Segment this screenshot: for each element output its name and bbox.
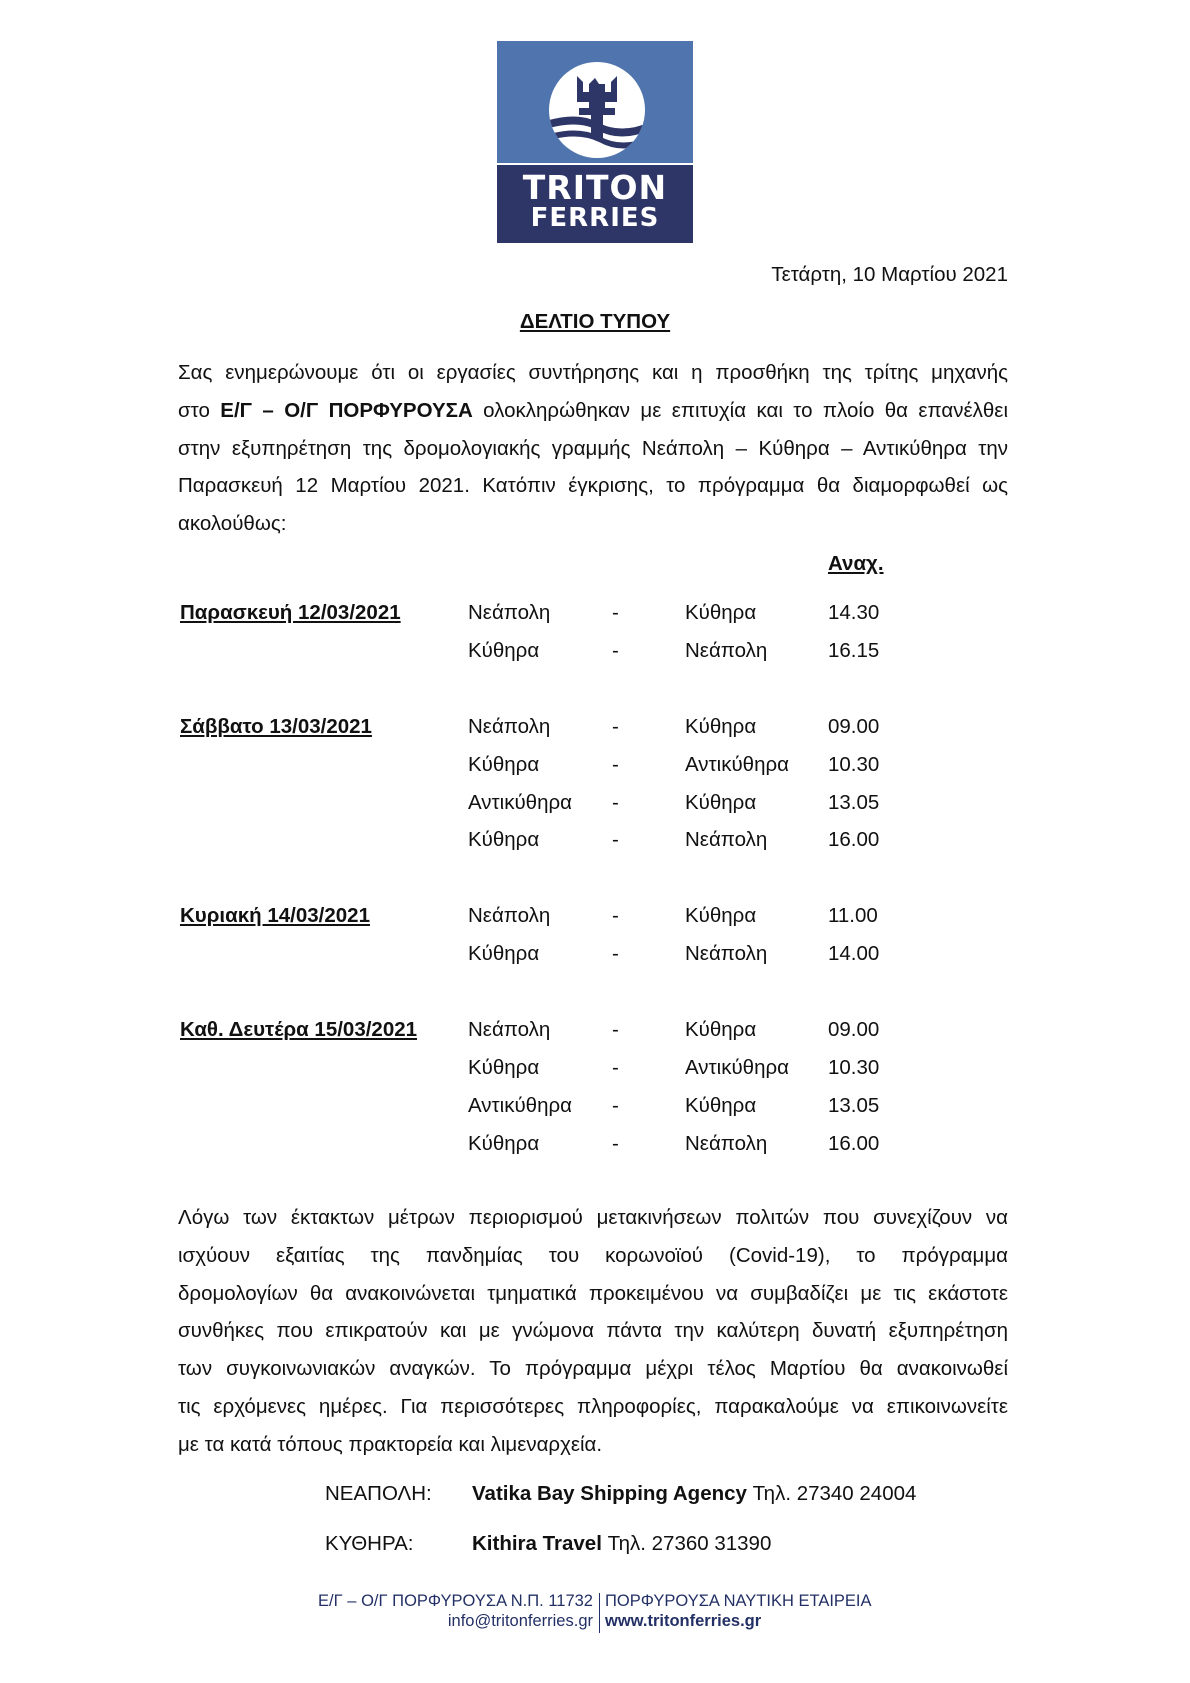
trip-departure-time: 16.00 [828,1131,879,1157]
schedule-row: Καθ. Δευτέρα 15/03/2021Νεάπολη-Κύθηρα09.… [0,1017,1190,1043]
trip-origin: Κύθηρα [468,1131,539,1157]
text-segment: Παρασκευή 12 Μαρτίου 2021. Κατόπιν έγκρι… [178,474,1008,497]
trident-waves-icon [549,62,645,158]
schedule-row: Κύθηρα-Νεάπολη16.00 [0,1131,1190,1157]
intro-line: ακολούθως: [178,505,1008,543]
intro-line: στο Ε/Γ – Ο/Γ ΠΟΡΦΥΡΟΥΣΑ ολοκληρώθηκαν μ… [178,392,1008,430]
notice-line: με τα κατά τόπους πρακτορεία και λιμεναρ… [178,1426,1008,1464]
schedule-row: Αντικύθηρα-Κύθηρα13.05 [0,1093,1190,1119]
trip-separator: - [612,600,619,626]
logo-wordmark-line2: FERRIES [497,203,693,233]
logo-emblem-panel [497,41,693,163]
notice-line: δρομολογίων θα ανακοινώνεται τμηματικά π… [178,1275,1008,1313]
departure-column-header: Αναχ. [828,551,884,577]
schedule-day: Σάββατο 13/03/2021 [180,714,372,740]
footer-website-link[interactable]: www.tritonferries.gr [605,1611,761,1631]
trip-departure-time: 14.30 [828,600,879,626]
document-title-text: ΔΕΛΤΙΟ ΤΥΠΟΥ [520,310,670,333]
trip-origin: Νεάπολη [468,1017,550,1043]
trip-destination: Νεάπολη [685,1131,767,1157]
trip-destination: Κύθηρα [685,1017,756,1043]
trip-departure-time: 10.30 [828,1055,879,1081]
schedule-row: Κυριακή 14/03/2021Νεάπολη-Κύθηρα11.00 [0,903,1190,929]
trip-separator: - [612,1131,619,1157]
footer-company: ΠΟΡΦΥΡΟΥΣΑ ΝΑΥΤΙΚΗ ΕΤΑΙΡΕΙΑ [605,1591,872,1611]
contact-row: ΚΥΘΗΡΑ:Kithira Travel Τηλ. 27360 31390 [0,1531,1190,1557]
trip-origin: Αντικύθηρα [468,1093,572,1119]
intro-line: στην εξυπηρέτηση της δρομολογιακής γραμμ… [178,430,1008,468]
trip-departure-time: 16.15 [828,638,879,664]
trip-departure-time: 13.05 [828,790,879,816]
intro-paragraph: Σας ενημερώνουμε ότι οι εργασίες συντήρη… [178,354,1008,543]
schedule-day: Παρασκευή 12/03/2021 [180,600,401,626]
trip-departure-time: 09.00 [828,1017,879,1043]
trip-separator: - [612,941,619,967]
document-date: Τετάρτη, 10 Μαρτίου 2021 [771,262,1008,288]
trip-origin: Νεάπολη [468,714,550,740]
footer-vessel: Ε/Γ – Ο/Γ ΠΟΡΦΥΡΟΥΣΑ Ν.Π. 11732 [318,1591,593,1611]
schedule-row: Κύθηρα-Αντικύθηρα10.30 [0,752,1190,778]
triton-ferries-logo: TRITON FERRIES [497,41,693,243]
trip-origin: Κύθηρα [468,827,539,853]
notice-line: τις ερχόμενες ημέρες. Για περισσότερες π… [178,1388,1008,1426]
text-segment: ακολούθως: [178,512,286,535]
schedule-row: Κύθηρα-Αντικύθηρα10.30 [0,1055,1190,1081]
trip-origin: Κύθηρα [468,1055,539,1081]
footer-divider [599,1593,600,1633]
contact-phone: Τηλ. 27360 31390 [608,1532,772,1555]
trip-separator: - [612,827,619,853]
text-segment: ολοκληρώθηκαν με επιτυχία και το πλοίο θ… [473,399,1008,422]
trip-departure-time: 09.00 [828,714,879,740]
text-segment: στην εξυπηρέτηση της δρομολογιακής γραμμ… [178,437,1008,460]
trip-origin: Αντικύθηρα [468,790,572,816]
contact-phone: Τηλ. 27340 24004 [753,1482,917,1505]
trip-separator: - [612,790,619,816]
contact-row: ΝΕΑΠΟΛΗ:Vatika Bay Shipping Agency Τηλ. … [0,1481,1190,1507]
schedule-day: Καθ. Δευτέρα 15/03/2021 [180,1017,417,1043]
trip-departure-time: 16.00 [828,827,879,853]
trip-departure-time: 10.30 [828,752,879,778]
notice-paragraph: Λόγω των έκτακτων μέτρων περιορισμού μετ… [178,1199,1008,1464]
schedule-row: Κύθηρα-Νεάπολη14.00 [0,941,1190,967]
trip-departure-time: 11.00 [828,903,878,929]
trip-destination: Νεάπολη [685,941,767,967]
notice-line: συνθήκες που επικρατούν και με γνώμονα π… [178,1312,1008,1350]
contact-info: Vatika Bay Shipping Agency Τηλ. 27340 24… [472,1481,916,1507]
trip-separator: - [612,638,619,664]
contact-agency: Kithira Travel [472,1532,602,1555]
logo-wordmark-line1: TRITON [497,169,693,207]
trip-departure-time: 13.05 [828,1093,879,1119]
text-segment: στο [178,399,220,422]
trip-origin: Κύθηρα [468,638,539,664]
intro-line: Σας ενημερώνουμε ότι οι εργασίες συντήρη… [178,354,1008,392]
contact-agency: Vatika Bay Shipping Agency [472,1482,747,1505]
vessel-name: Ε/Γ – Ο/Γ ΠΟΡΦΥΡΟΥΣΑ [220,399,472,422]
trip-destination: Κύθηρα [685,1093,756,1119]
trip-destination: Κύθηρα [685,790,756,816]
notice-line: ισχύουν εξαιτίας της πανδημίας του κορων… [178,1237,1008,1275]
trip-destination: Νεάπολη [685,827,767,853]
contact-place: ΝΕΑΠΟΛΗ: [325,1481,432,1507]
footer-email-link[interactable]: info@tritonferries.gr [448,1611,593,1631]
contact-place: ΚΥΘΗΡΑ: [325,1531,413,1557]
trip-destination: Αντικύθηρα [685,752,789,778]
trip-destination: Κύθηρα [685,903,756,929]
trip-origin: Νεάπολη [468,903,550,929]
schedule-row: Σάββατο 13/03/2021Νεάπολη-Κύθηρα09.00 [0,714,1190,740]
trip-separator: - [612,714,619,740]
schedule-row: Παρασκευή 12/03/2021Νεάπολη-Κύθηρα14.30 [0,600,1190,626]
schedule-row: Κύθηρα-Νεάπολη16.15 [0,638,1190,664]
notice-line: Λόγω των έκτακτων μέτρων περιορισμού μετ… [178,1199,1008,1237]
intro-line: Παρασκευή 12 Μαρτίου 2021. Κατόπιν έγκρι… [178,467,1008,505]
trip-separator: - [612,1093,619,1119]
schedule-row: Αντικύθηρα-Κύθηρα13.05 [0,790,1190,816]
trip-separator: - [612,903,619,929]
trip-destination: Νεάπολη [685,638,767,664]
schedule-day: Κυριακή 14/03/2021 [180,903,370,929]
trip-origin: Κύθηρα [468,752,539,778]
trip-destination: Αντικύθηρα [685,1055,789,1081]
contact-info: Kithira Travel Τηλ. 27360 31390 [472,1531,771,1557]
trip-destination: Κύθηρα [685,600,756,626]
schedule-row: Κύθηρα-Νεάπολη16.00 [0,827,1190,853]
trip-departure-time: 14.00 [828,941,879,967]
trip-separator: - [612,1017,619,1043]
trip-destination: Κύθηρα [685,714,756,740]
trip-origin: Νεάπολη [468,600,550,626]
trip-separator: - [612,752,619,778]
notice-line: των συγκοινωνιακών αναγκών. Το πρόγραμμα… [178,1350,1008,1388]
trip-separator: - [612,1055,619,1081]
text-segment: Σας ενημερώνουμε ότι οι εργασίες συντήρη… [178,361,1008,384]
document-title: ΔΕΛΤΙΟ ΤΥΠΟΥ [0,309,1190,335]
trip-origin: Κύθηρα [468,941,539,967]
